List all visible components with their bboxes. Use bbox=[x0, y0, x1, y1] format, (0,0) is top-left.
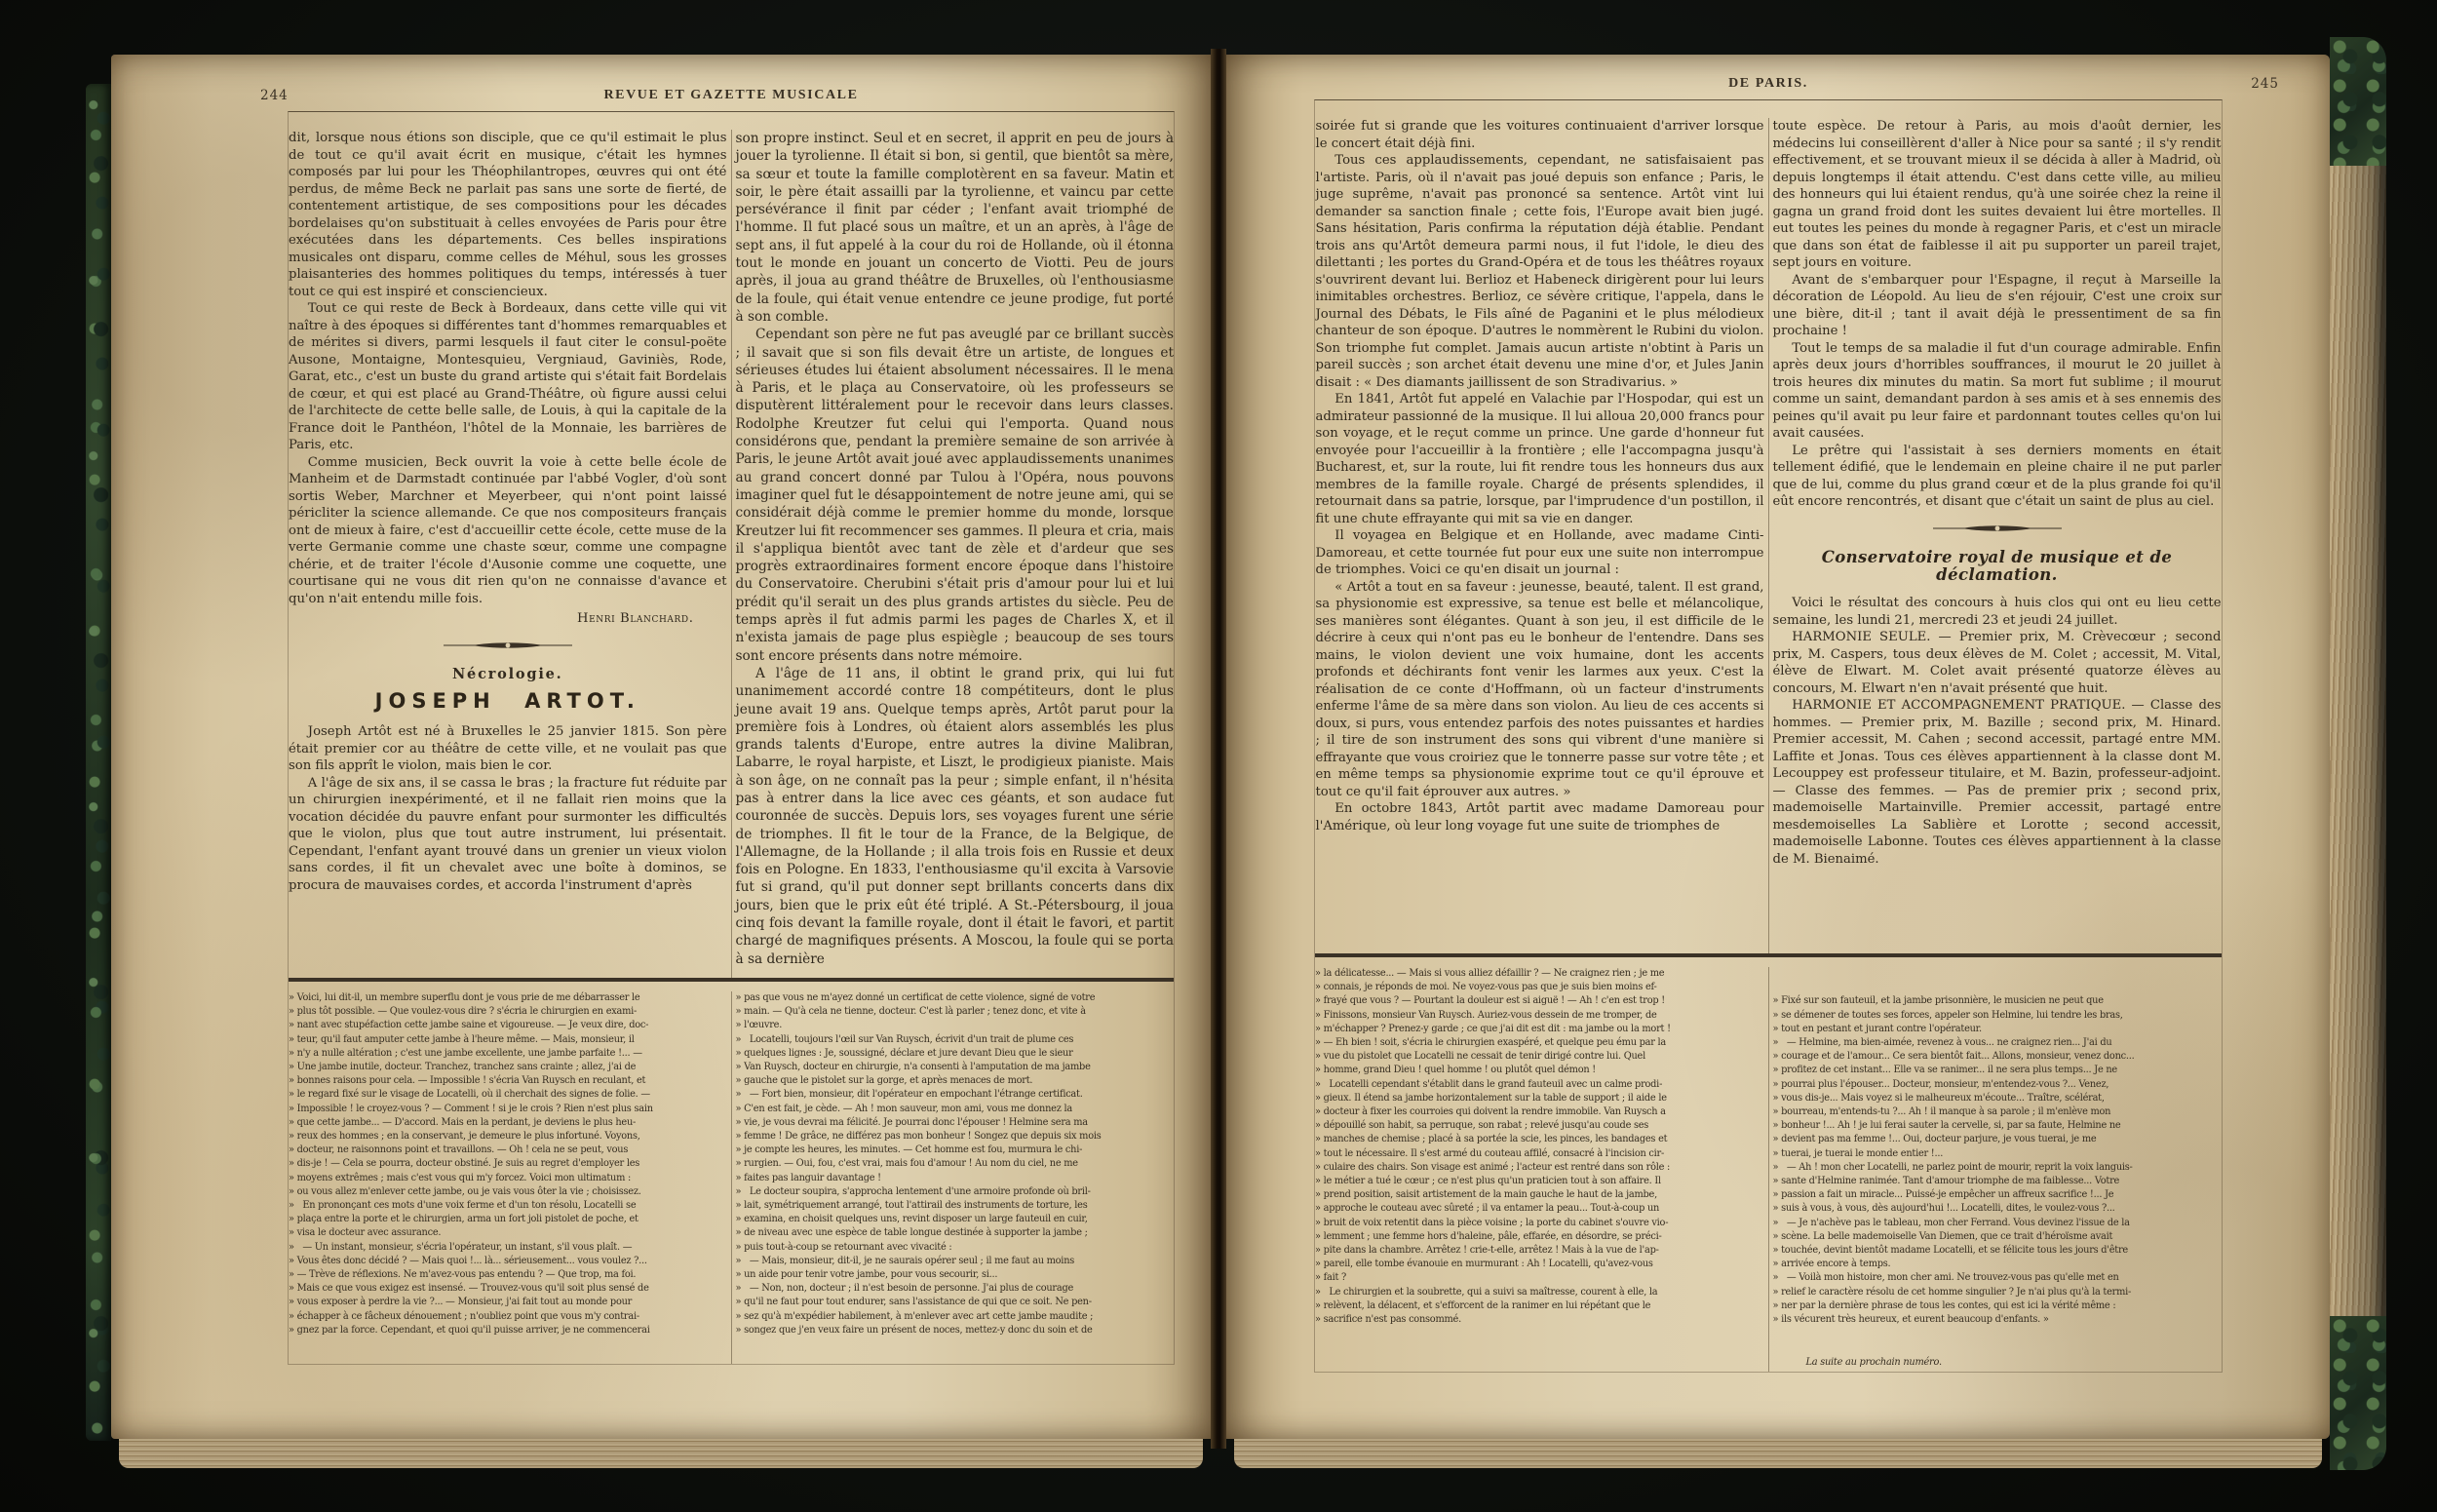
photo-background: 244 REVUE ET GAZETTE MUSICALE dit, lorsq… bbox=[0, 0, 2437, 1512]
footnote-column: » Fixé sur son fauteuil, et la jambe pri… bbox=[1773, 967, 2223, 1372]
paragraph: HARMONIE ET ACCOMPAGNEMENT PRATIQUE. — C… bbox=[1773, 697, 2222, 868]
running-title: DE PARIS. bbox=[1314, 76, 2223, 92]
column-1: soirée fut si grande que les voitures co… bbox=[1316, 118, 1764, 953]
text-block-left: dit, lorsque nous étions son disciple, q… bbox=[288, 111, 1175, 1365]
paragraph: son propre instinct. Seul et en secret, … bbox=[736, 130, 1175, 326]
paragraph: Le prêtre qui l'assistait à ses derniers… bbox=[1773, 443, 2222, 511]
text-block-right: soirée fut si grande que les voitures co… bbox=[1314, 99, 2223, 1373]
paragraph: Voici le résultat des concours à huis cl… bbox=[1773, 595, 2222, 629]
page-left: 244 REVUE ET GAZETTE MUSICALE dit, lorsq… bbox=[111, 55, 1211, 1439]
marbled-cover-edge-left bbox=[86, 84, 111, 1441]
paragraph: Avant de s'embarquer pour l'Espagne, il … bbox=[1773, 272, 2222, 340]
running-title: REVUE ET GAZETTE MUSICALE bbox=[288, 88, 1175, 103]
column-2: toute espèce. De retour à Paris, au mois… bbox=[1773, 118, 2222, 953]
book-spread: 244 REVUE ET GAZETTE MUSICALE dit, lorsq… bbox=[86, 29, 2386, 1492]
paragraph: Il voyagea en Belgique et en Hollande, a… bbox=[1316, 527, 1764, 579]
footnote-column: » pas que vous ne m'ayez donné un certif… bbox=[736, 991, 1175, 1364]
divider-ornament bbox=[1773, 523, 2222, 540]
paragraph: soirée fut si grande que les voitures co… bbox=[1316, 118, 1764, 152]
page-number: 245 bbox=[2251, 76, 2279, 92]
paragraph: HARMONIE SEULE. — Premier prix, M. Crève… bbox=[1773, 629, 2222, 697]
paragraph: A l'âge de 11 ans, il obtint le grand pr… bbox=[736, 665, 1175, 968]
book-fore-edge bbox=[2330, 41, 2386, 1464]
footnote-section-right: » la délicatesse... — Mais si vous allie… bbox=[1315, 957, 2222, 1372]
section-title: Conservatoire royal de musique et de déc… bbox=[1773, 549, 2222, 583]
page-header-left: 244 REVUE ET GAZETTE MUSICALE bbox=[288, 70, 1175, 111]
paragraph: Tout le temps de sa maladie il fut d'un … bbox=[1773, 340, 2222, 443]
page-number: 244 bbox=[260, 88, 289, 103]
paragraph: En 1841, Artôt fut appelé en Valachie pa… bbox=[1316, 391, 1764, 527]
paragraph: toute espèce. De retour à Paris, au mois… bbox=[1773, 118, 2222, 272]
paragraph: Tous ces applaudissements, cependant, ne… bbox=[1316, 152, 1764, 391]
divider-ornament bbox=[289, 640, 727, 657]
page-header-right: DE PARIS. 245 bbox=[1314, 62, 2223, 99]
column-divider-rule bbox=[1768, 967, 1769, 1372]
book-gutter bbox=[1211, 49, 1226, 1449]
paragraph: Tout ce qui reste de Beck à Bordeaux, da… bbox=[289, 300, 727, 454]
paragraph: En octobre 1843, Artôt partit avec madam… bbox=[1316, 800, 1764, 834]
paragraph: Cependant son père ne fut pas aveuglé pa… bbox=[736, 326, 1175, 665]
page-right: DE PARIS. 245 soirée fut si grande que l… bbox=[1226, 55, 2330, 1439]
article-title: JOSEPH ARTOT. bbox=[289, 693, 727, 711]
paragraph: « Artôt a tout en sa faveur : jeunesse, … bbox=[1316, 579, 1764, 801]
paragraph: Joseph Artôt est né à Bruxelles le 25 ja… bbox=[289, 723, 727, 775]
author-signature: Henri Blanchard. bbox=[289, 610, 727, 628]
footnote-lines: » Fixé sur son fauteuil, et la jambe pri… bbox=[1773, 994, 2223, 1327]
footnote-column: » la délicatesse... — Mais si vous allie… bbox=[1315, 967, 1764, 1372]
column-divider-rule bbox=[1768, 118, 1769, 953]
footnote-section-left: » Voici, lui dit-il, un membre superflu … bbox=[289, 982, 1174, 1364]
footnote-column: » Voici, lui dit-il, un membre superflu … bbox=[289, 991, 727, 1364]
column-1: dit, lorsque nous étions son disciple, q… bbox=[289, 130, 727, 978]
column-2: son propre instinct. Seul et en secret, … bbox=[736, 130, 1175, 978]
paragraph: Comme musicien, Beck ouvrit la voie à ce… bbox=[289, 454, 727, 608]
paragraph: dit, lorsque nous étions son disciple, q… bbox=[289, 130, 727, 300]
column-divider-rule bbox=[731, 130, 732, 978]
paragraph: A l'âge de six ans, il se cassa le bras … bbox=[289, 775, 727, 895]
continuation-note: La suite au prochain numéro. bbox=[1773, 1356, 2223, 1370]
section-label: Nécrologie. bbox=[289, 666, 727, 683]
column-divider-rule bbox=[731, 991, 732, 1364]
